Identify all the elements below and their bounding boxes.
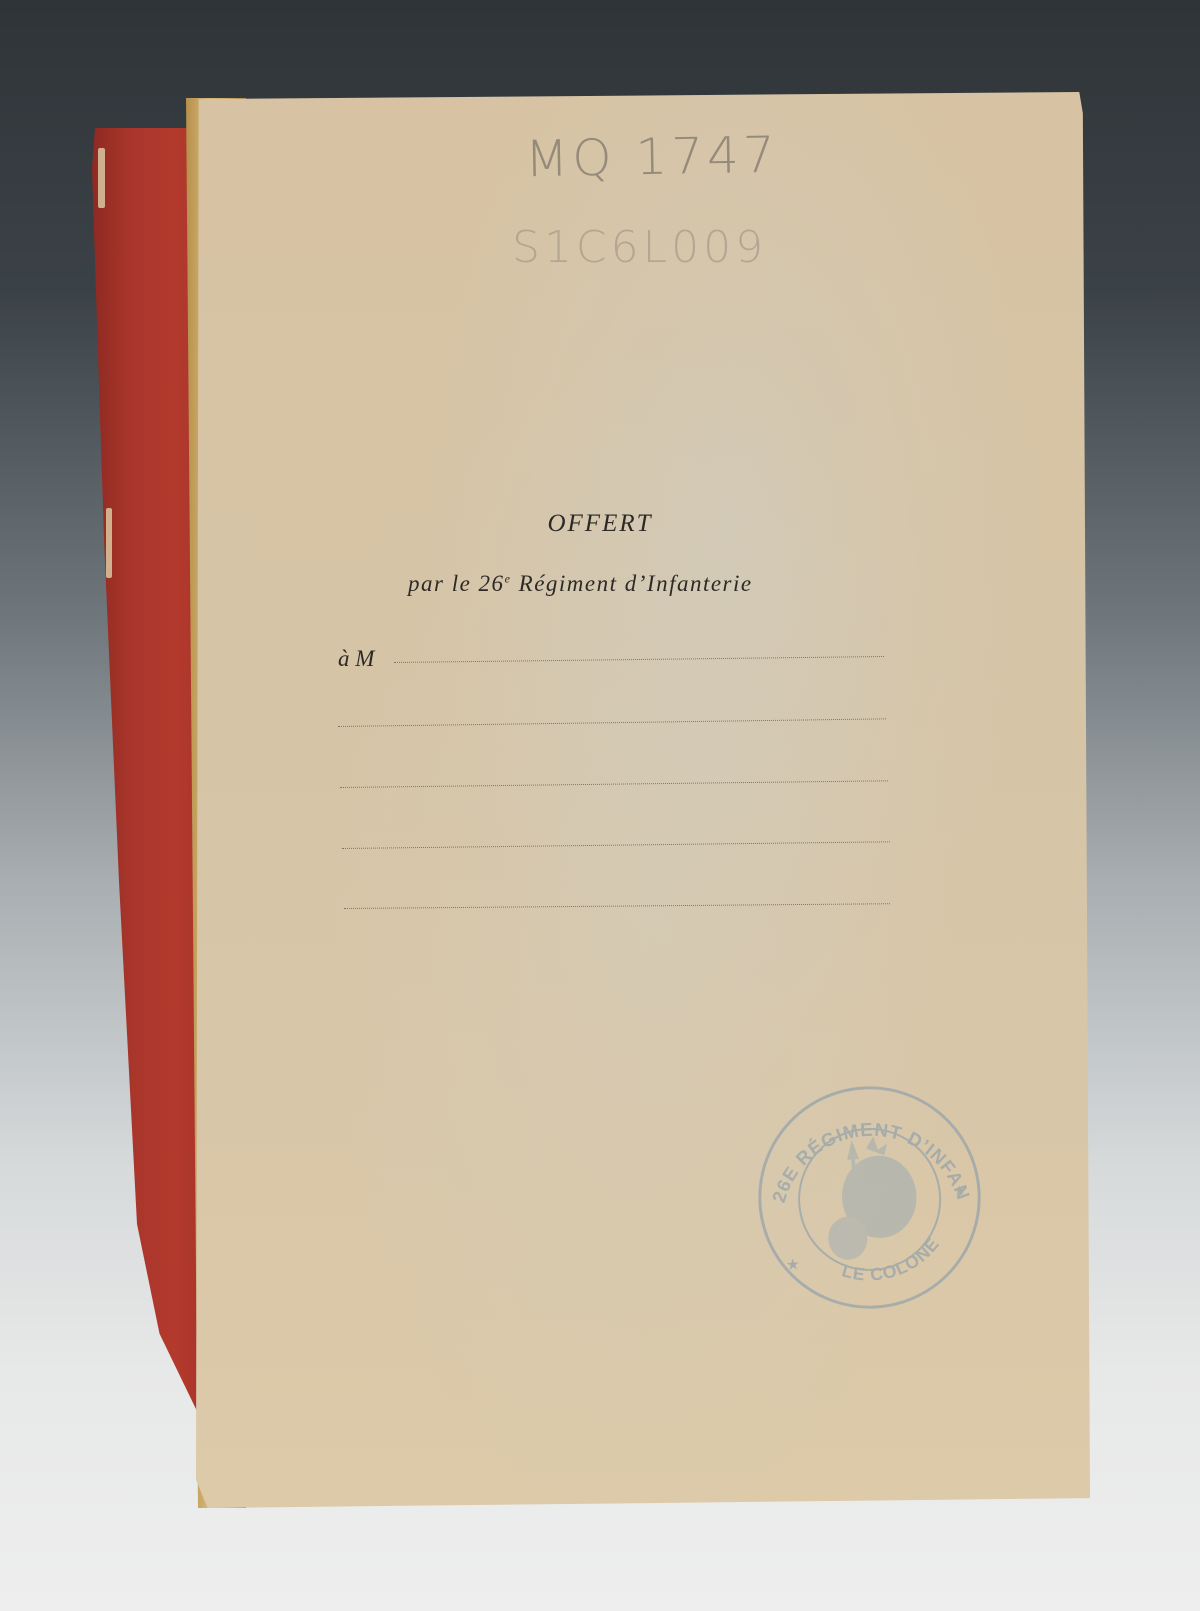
subtitle-suffix: Régiment d’Infanterie (511, 571, 752, 596)
inscription-subtitle: par le 26e Régiment d’Infanterie (408, 571, 753, 597)
pencil-catalog-number: MQ 1747 (525, 126, 780, 188)
spine-wear-mark (116, 1158, 122, 1198)
recipient-label: à M (338, 646, 374, 672)
spine-wear-mark (98, 148, 105, 208)
subtitle-prefix: par le 26 (408, 571, 505, 596)
svg-text:★: ★ (785, 1256, 800, 1274)
pencil-shelf-mark: S1C6L009 (512, 222, 767, 273)
svg-text:★: ★ (953, 1183, 966, 1199)
inscription-title: OFFERT (0, 510, 1200, 538)
spine-wear-mark (136, 1288, 144, 1318)
regimental-stamp-icon: 26E RÉGIMENT D’INFANTERIE LE COLONEL ★ ★ (744, 1072, 995, 1323)
